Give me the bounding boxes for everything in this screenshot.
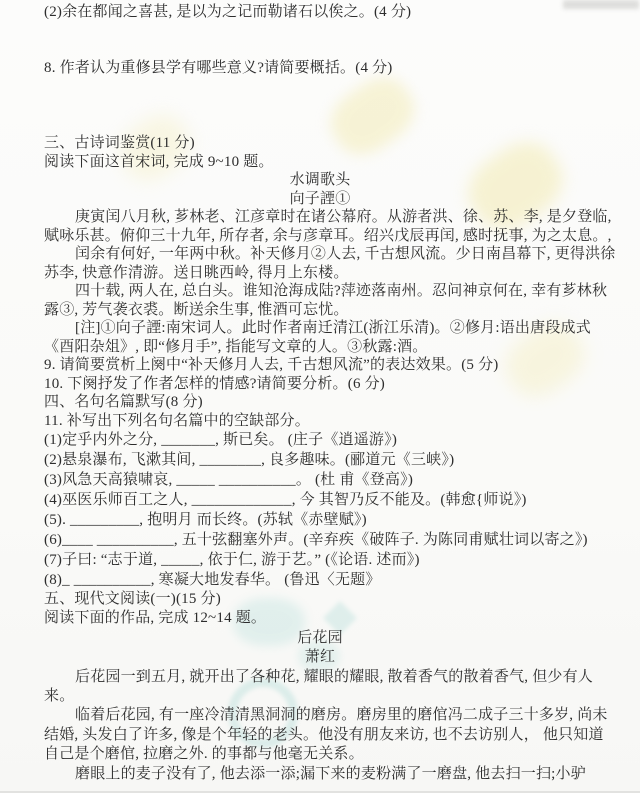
essay-para1-line1: 后花园一到五月, 就开出了各种花, 耀眼的耀眼, 散着香气的散着香气, 但少有人 <box>44 668 622 687</box>
q10-line: 10. 下阕抒发了作者怎样的情感?请简要分析。(6 分) <box>44 375 622 394</box>
essay-para2-line1: 临着后花园, 有一座冷清清黑洞洞的磨房。磨房里的磨倌冯二成子三十多岁, 尚未 <box>44 706 622 725</box>
poem-note-line-1: [注]①向子諲:南宋词人。此时作者南迁清江(浙江乐清)。②修月:语出唐段成式 <box>44 319 622 338</box>
essay-author: 萧红 <box>44 648 622 667</box>
poem-upper-stanza-line-1: 闰余有何好, 一年两中秋。补天修月②人去, 千古想风流。少日南昌幕下, 更得洪徐 <box>44 245 622 264</box>
exam-page: (2)余在都闻之喜甚, 是以为之记而勒诸石以俟之。(4 分) 8. 作者认为重修… <box>0 0 640 784</box>
q9-line: 9. 请简要赏析上阕中“补天修月人去, 千古想风流”的表达效果。(5 分) <box>44 356 622 375</box>
q8-line: 8. 作者认为重修县学有哪些意义?请简要概括。(4 分) <box>44 59 622 78</box>
essay-para2-line3: 自己是个磨倌, 拉磨之外. 的事都与他毫无关系。 <box>44 745 622 764</box>
q11-blank-6: (6)____ __________, 五十弦翻塞外声。(辛弃疾《破阵子. 为陈… <box>44 530 622 550</box>
poem-lower-stanza-line-1: 四十载, 两人在, 总白头。谁知沧海成陆?萍迹落南州。忍问神京何在, 幸有芗林秋 <box>44 282 622 301</box>
q11-line: 11. 补写出下列名句名篇中的空缺部分。 <box>44 412 622 431</box>
essay-para3-line1: 磨眼上的麦子没有了, 他去添一添;漏下来的麦粉满了一磨盘, 他去扫一扫;小驴 <box>44 765 622 784</box>
poem-author: 向子諲① <box>44 190 622 209</box>
q11-blank-3: (3)风急天高猿啸哀, _____ __________。 (杜 甫《登高》) <box>44 470 622 490</box>
q11-blank-1: (1)定乎内外之分, _______, 斯已矣。 (庄子《逍遥游》) <box>44 430 622 450</box>
q2-item-line: (2)余在都闻之喜甚, 是以为之记而勒诸石以俟之。(4 分) <box>44 3 622 22</box>
q11-blank-8: (8)_ __________, 寒凝大地发春华。 (鲁迅〈无题》 <box>44 570 622 590</box>
q11-blank-4: (4)巫医乐师百工之人, _____________, 今 其智乃反不能及。(韩… <box>44 490 622 510</box>
reading-instruction: 阅读下面的作品, 完成 12~14 题。 <box>44 609 622 628</box>
q11-blank-2: (2)悬泉瀑布, 飞漱其间, ________, 良多趣味。(郦道元《三峡》) <box>44 450 622 470</box>
poem-instruction: 阅读下面这首宋词, 完成 9~10 题。 <box>44 153 622 172</box>
poem-note-line-2: 《酉阳杂俎》, 即“修月手”, 指能写文章的人。③秋露:酒。 <box>44 338 622 357</box>
q11-blank-5: (5). _________, 抱明月 而长终。(苏轼《赤壁赋》) <box>44 510 622 530</box>
q11-blank-7: (7)子曰: “志于道, _____, 依于仁, 游于艺。” (《论语. 述而》… <box>44 550 622 570</box>
section5-heading: 五、现代文阅读(一)(15 分) <box>44 590 622 609</box>
section3-heading: 三、古诗词鉴赏(11 分) <box>44 134 622 153</box>
poem-preface-line-1: 庚寅闰八月秋, 芗林老、江彦章时在诸公幕府。从游者洪、徐、苏、李, 是夕登临, <box>44 208 622 227</box>
essay-para2-line2: 结婚, 头发白了许多, 像是个年轻的老头。他没有朋友来访, 也不去访别人， 他只… <box>44 726 622 745</box>
section4-heading: 四、名句名篇默写(8 分) <box>44 393 622 412</box>
poem-preface-line-2: 赋咏乐甚。俯仰三十九年, 所存者, 余与彦章耳。绍兴戊辰再闰, 感时抚事, 为之… <box>44 227 622 246</box>
poem-title: 水调歌头 <box>44 171 622 190</box>
poem-upper-stanza-line-2: 苏李, 快意作清游。送日眺西岭, 得月上东楼。 <box>44 264 622 283</box>
essay-title: 后花园 <box>44 629 622 648</box>
poem-lower-stanza-line-2: 露③, 芳气袭衣裘。断送余生事, 惟酒可忘忧。 <box>44 301 622 320</box>
essay-para1-line2: 来。 <box>44 687 622 706</box>
